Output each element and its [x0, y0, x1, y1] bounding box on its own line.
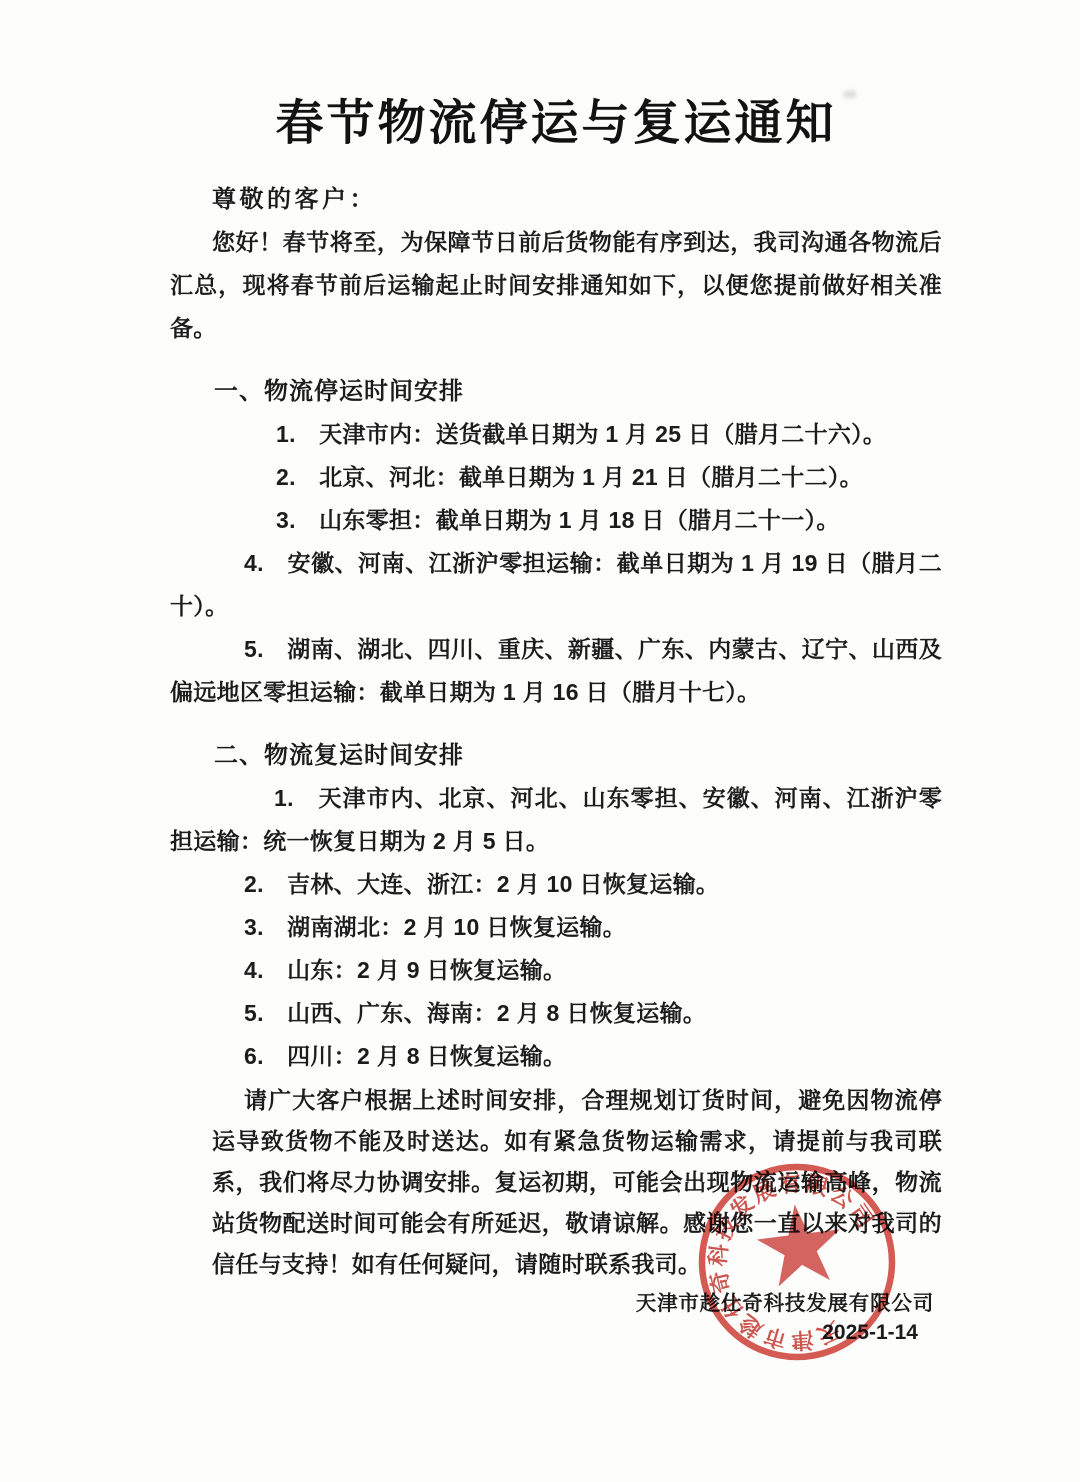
- stamp-star-icon: [753, 1199, 846, 1288]
- list-item: 6. 四川：2 月 8 日恢复运输。: [170, 1035, 942, 1078]
- list-item: 2. 吉林、大连、浙江：2 月 10 日恢复运输。: [170, 863, 942, 906]
- section-2-heading: 二、物流复运时间安排: [170, 734, 942, 777]
- company-stamp: 天津市趁仕奇科技发展有限公司: [687, 1152, 907, 1372]
- list-item: 5. 湖南、湖北、四川、重庆、新疆、广东、内蒙古、辽宁、山西及偏远地区零担运输：…: [170, 628, 942, 714]
- list-item: 4. 山东：2 月 9 日恢复运输。: [170, 949, 942, 992]
- page-title: 春节物流停运与复运通知: [170, 96, 942, 152]
- section-2-list: 1. 天津市内、北京、河北、山东零担、安徽、河南、江浙沪零担运输：统一恢复日期为…: [170, 777, 942, 1078]
- list-item: 3. 山东零担：截单日期为 1 月 18 日（腊月二十一）。: [170, 499, 942, 542]
- list-item: 1. 天津市内：送货截单日期为 1 月 25 日（腊月二十六）。: [170, 413, 942, 456]
- list-item: 3. 湖南湖北：2 月 10 日恢复运输。: [170, 906, 942, 949]
- salutation: 尊敬的客户：: [170, 178, 942, 221]
- list-item: 2. 北京、河北：截单日期为 1 月 21 日（腊月二十二）。: [170, 456, 942, 499]
- list-item: 5. 山西、广东、海南：2 月 8 日恢复运输。: [170, 992, 942, 1035]
- intro-paragraph: 您好！春节将至，为保障节日前后货物能有序到达，我司沟通各物流后汇总，现将春节前后…: [170, 221, 942, 350]
- section-1-list: 1. 天津市内：送货截单日期为 1 月 25 日（腊月二十六）。2. 北京、河北…: [170, 413, 942, 714]
- list-item: 4. 安徽、河南、江浙沪零担运输：截单日期为 1 月 19 日（腊月二十）。: [170, 542, 942, 628]
- section-1-heading: 一、物流停运时间安排: [170, 370, 942, 413]
- scanned-notice-page: 春节物流停运与复运通知 尊敬的客户： 您好！春节将至，为保障节日前后货物能有序到…: [0, 0, 1080, 1482]
- list-item: 1. 天津市内、北京、河北、山东零担、安徽、河南、江浙沪零担运输：统一恢复日期为…: [170, 777, 942, 863]
